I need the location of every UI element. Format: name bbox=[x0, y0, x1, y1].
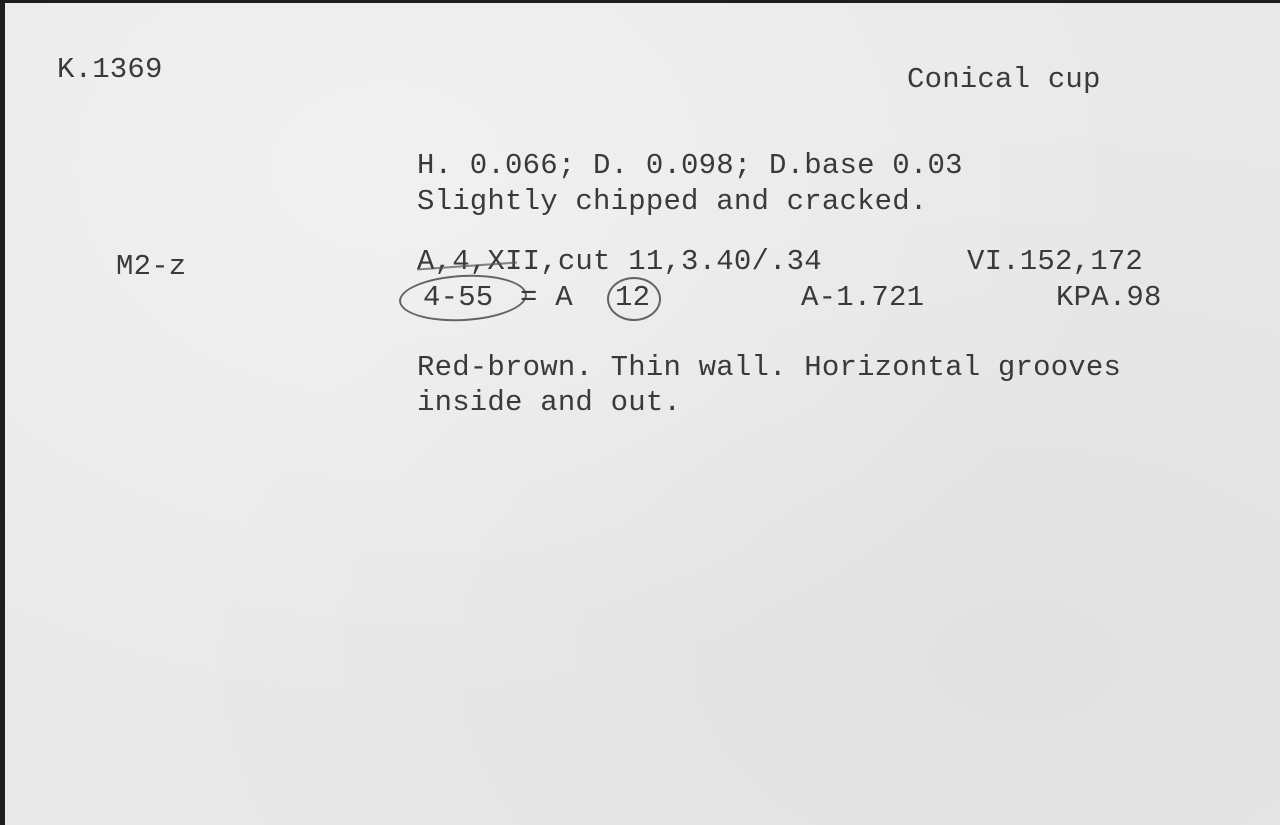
condition-note: Slightly chipped and cracked. bbox=[417, 185, 927, 219]
catalog-card: K.1369 Conical cup H. 0.066; D. 0.098; D… bbox=[5, 3, 1280, 825]
object-title: Conical cup bbox=[907, 63, 1101, 97]
location-code: M2-z bbox=[116, 250, 186, 284]
notebook-reference: VI.152,172 bbox=[967, 245, 1143, 279]
dimensions: H. 0.066; D. 0.098; D.base 0.03 bbox=[417, 149, 963, 183]
handwritten-circle-number bbox=[607, 277, 661, 321]
inventory-number: A-1.721 bbox=[801, 281, 924, 315]
description-line-1: Red-brown. Thin wall. Horizontal grooves bbox=[417, 351, 1121, 385]
publication-reference: KPA.98 bbox=[1056, 281, 1162, 315]
handwritten-circle-lot bbox=[398, 272, 528, 325]
lot-equals: = A bbox=[520, 281, 573, 315]
description-line-2: inside and out. bbox=[417, 386, 681, 420]
accession-number: K.1369 bbox=[57, 53, 163, 87]
